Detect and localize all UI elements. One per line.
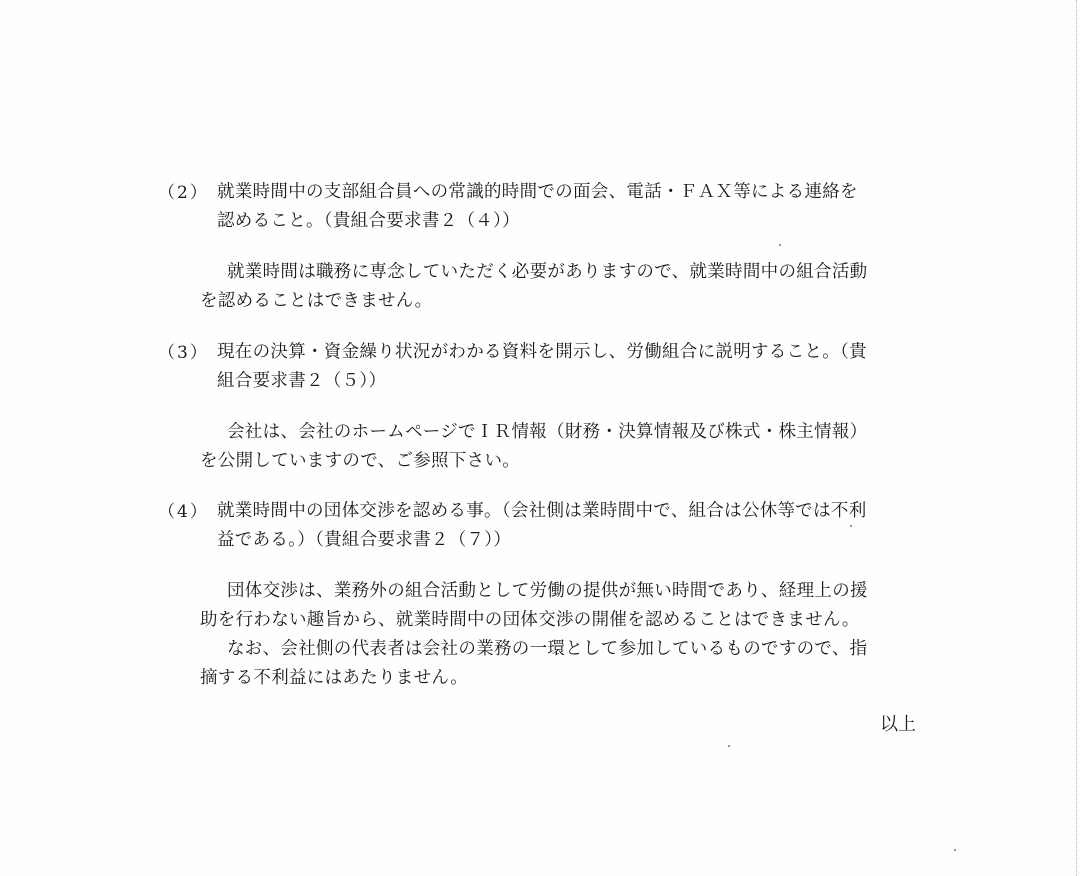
scan-speck: [850, 525, 852, 527]
answer-line: 就業時間は職務に専念していただく必要がありますので、就業時間中の組合活動: [200, 258, 920, 287]
title-line: 益である。）（貴組合要求書２（７））: [217, 526, 917, 555]
title-line: 就業時間中の団体交渉を認める事。（会社側は業時間中で、組合は公休等では不利: [217, 497, 917, 526]
answer-line: を認めることはできません。: [200, 287, 920, 316]
answer-line: を公開していますので、ご参照下さい。: [200, 447, 920, 476]
item-number: （4）: [158, 497, 209, 522]
title-line: 組合要求書２（５））: [217, 367, 917, 396]
title-line: 認めること。（貴組合要求書２（４））: [217, 207, 917, 236]
scan-speck: [954, 849, 956, 851]
item-title: 現在の決算・資金繰り状況がわかる資料を開示し、労働組合に説明すること。（貴 組合…: [217, 338, 917, 396]
answer-line: 摘する不利益にはあたりません。: [200, 664, 920, 693]
item-number: （3）: [158, 338, 209, 363]
answer-3: 会社は、会社のホームページでＩＲ情報（財務・決算情報及び株式・株主情報） を公開…: [200, 418, 920, 476]
answer-line: 助を行わない趣旨から、就業時間中の団体交渉の開催を認めることはできません。: [200, 606, 920, 635]
answer-2: 就業時間は職務に専念していただく必要がありますので、就業時間中の組合活動 を認め…: [200, 258, 920, 316]
item-title: 就業時間中の支部組合員への常識的時間での面会、電話・ＦＡＸ等による連絡を 認める…: [217, 178, 917, 236]
answer-4: 団体交渉は、業務外の組合活動として労働の提供が無い時間であり、経理上の援 助を行…: [200, 577, 920, 693]
answer-line: 団体交渉は、業務外の組合活動として労働の提供が無い時間であり、経理上の援: [200, 577, 920, 606]
title-line: 現在の決算・資金繰り状況がわかる資料を開示し、労働組合に説明すること。（貴: [217, 338, 917, 367]
scan-speck: [728, 745, 730, 747]
item-number: （2）: [158, 178, 209, 203]
scan-speck: [779, 244, 781, 246]
answer-line: 会社は、会社のホームページでＩＲ情報（財務・決算情報及び株式・株主情報）: [200, 418, 920, 447]
answer-line: なお、会社側の代表者は会社の業務の一環として参加しているものですので、指: [200, 635, 920, 664]
scan-edge: [1076, 0, 1077, 876]
closing-text: 以上: [880, 710, 916, 736]
document-page: （2） 就業時間中の支部組合員への常識的時間での面会、電話・ＦＡＸ等による連絡を…: [0, 0, 1080, 876]
item-title: 就業時間中の団体交渉を認める事。（会社側は業時間中で、組合は公休等では不利 益で…: [217, 497, 917, 555]
title-line: 就業時間中の支部組合員への常識的時間での面会、電話・ＦＡＸ等による連絡を: [217, 178, 917, 207]
